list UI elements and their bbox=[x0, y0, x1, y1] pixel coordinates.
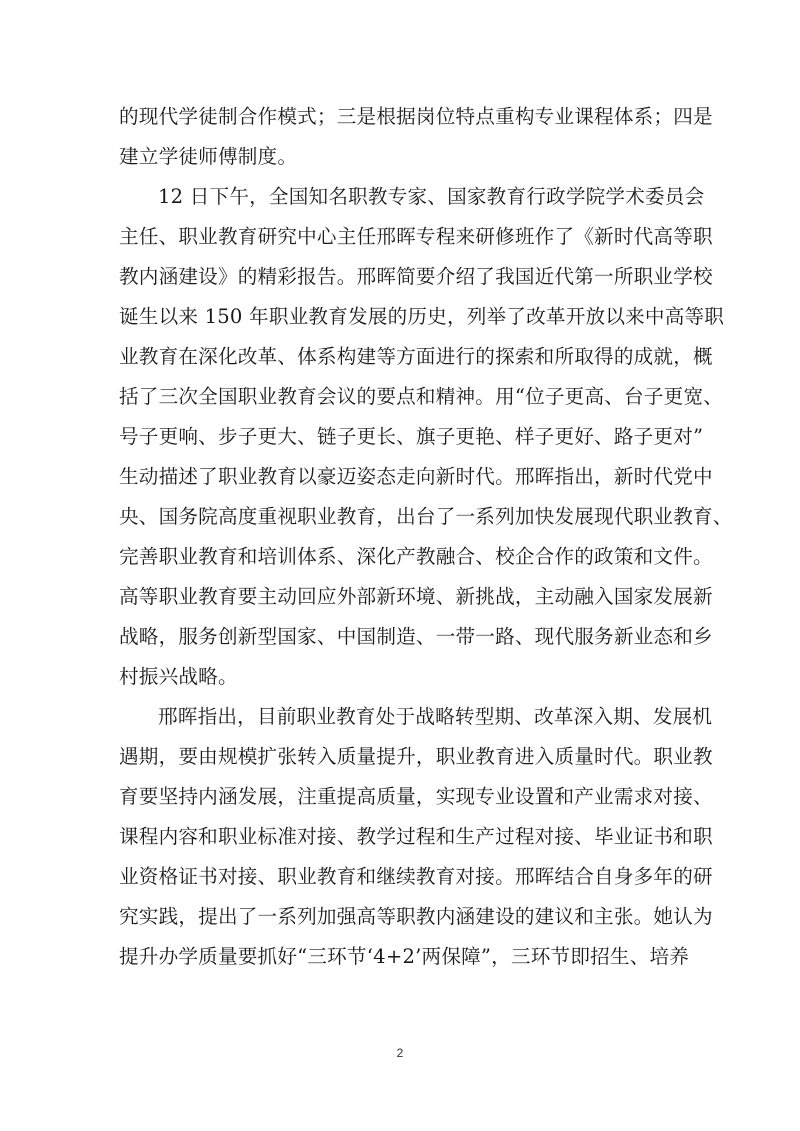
text-line: 号子更响、步子更大、链子更长、旗子更艳、样子更好、路子更对” bbox=[119, 417, 685, 457]
text-line: 高等职业教育要主动回应外部新环境、新挑战，主动融入国家发展新 bbox=[119, 577, 685, 617]
paragraph-1: 的现代学徒制合作模式；三是根据岗位特点重构专业课程体系；四是 建立学徒师傅制度。 bbox=[119, 97, 685, 177]
text-line: 完善职业教育和培训体系、深化产教融合、校企合作的政策和文件。 bbox=[119, 537, 685, 577]
document-body: 的现代学徒制合作模式；三是根据岗位特点重构专业课程体系；四是 建立学徒师傅制度。… bbox=[119, 97, 685, 977]
text-line: 教内涵建设》的精彩报告。邢晖简要介绍了我国近代第一所职业学校 bbox=[119, 257, 685, 297]
paragraph-2: 12 日下午，全国知名职教专家、国家教育行政学院学术委员会 主任、职业教育研究中… bbox=[119, 177, 685, 697]
paragraph-3: 邢晖指出，目前职业教育处于战略转型期、改革深入期、发展机 遇期，要由规模扩张转入… bbox=[119, 697, 685, 977]
text-line: 主任、职业教育研究中心主任邢晖专程来研修班作了《新时代高等职 bbox=[119, 217, 685, 257]
text-line: 究实践，提出了一系列加强高等职教内涵建设的建议和主张。她认为 bbox=[119, 897, 685, 937]
text-line: 提升办学质量要抓好“三环节‘4+2’两保障”，三环节即招生、培养 bbox=[119, 937, 685, 977]
text-line: 括了三次全国职业教育会议的要点和精神。用“位子更高、台子更宽、 bbox=[119, 377, 685, 417]
text-line: 央、国务院高度重视职业教育，出台了一系列加快发展现代职业教育、 bbox=[119, 497, 685, 537]
text-line: 业教育在深化改革、体系构建等方面进行的探索和所取得的成就，概 bbox=[119, 337, 685, 377]
text-line: 村振兴战略。 bbox=[119, 657, 685, 697]
document-page: 的现代学徒制合作模式；三是根据岗位特点重构专业课程体系；四是 建立学徒师傅制度。… bbox=[0, 0, 800, 1131]
text-line: 12 日下午，全国知名职教专家、国家教育行政学院学术委员会 bbox=[119, 177, 685, 217]
text-line: 的现代学徒制合作模式；三是根据岗位特点重构专业课程体系；四是 bbox=[119, 97, 685, 137]
text-line: 诞生以来 150 年职业教育发展的历史，列举了改革开放以来中高等职 bbox=[119, 297, 685, 337]
text-line: 业资格证书对接、职业教育和继续教育对接。邢晖结合自身多年的研 bbox=[119, 857, 685, 897]
text-line: 遇期，要由规模扩张转入质量提升，职业教育进入质量时代。职业教 bbox=[119, 737, 685, 777]
text-line: 战略，服务创新型国家、中国制造、一带一路、现代服务新业态和乡 bbox=[119, 617, 685, 657]
text-line: 建立学徒师傅制度。 bbox=[119, 137, 685, 177]
text-line: 生动描述了职业教育以豪迈姿态走向新时代。邢晖指出，新时代党中 bbox=[119, 457, 685, 497]
page-number: 2 bbox=[0, 1046, 800, 1060]
text-line: 课程内容和职业标准对接、教学过程和生产过程对接、毕业证书和职 bbox=[119, 817, 685, 857]
text-line: 育要坚持内涵发展，注重提高质量，实现专业设置和产业需求对接、 bbox=[119, 777, 685, 817]
text-line: 邢晖指出，目前职业教育处于战略转型期、改革深入期、发展机 bbox=[119, 697, 685, 737]
